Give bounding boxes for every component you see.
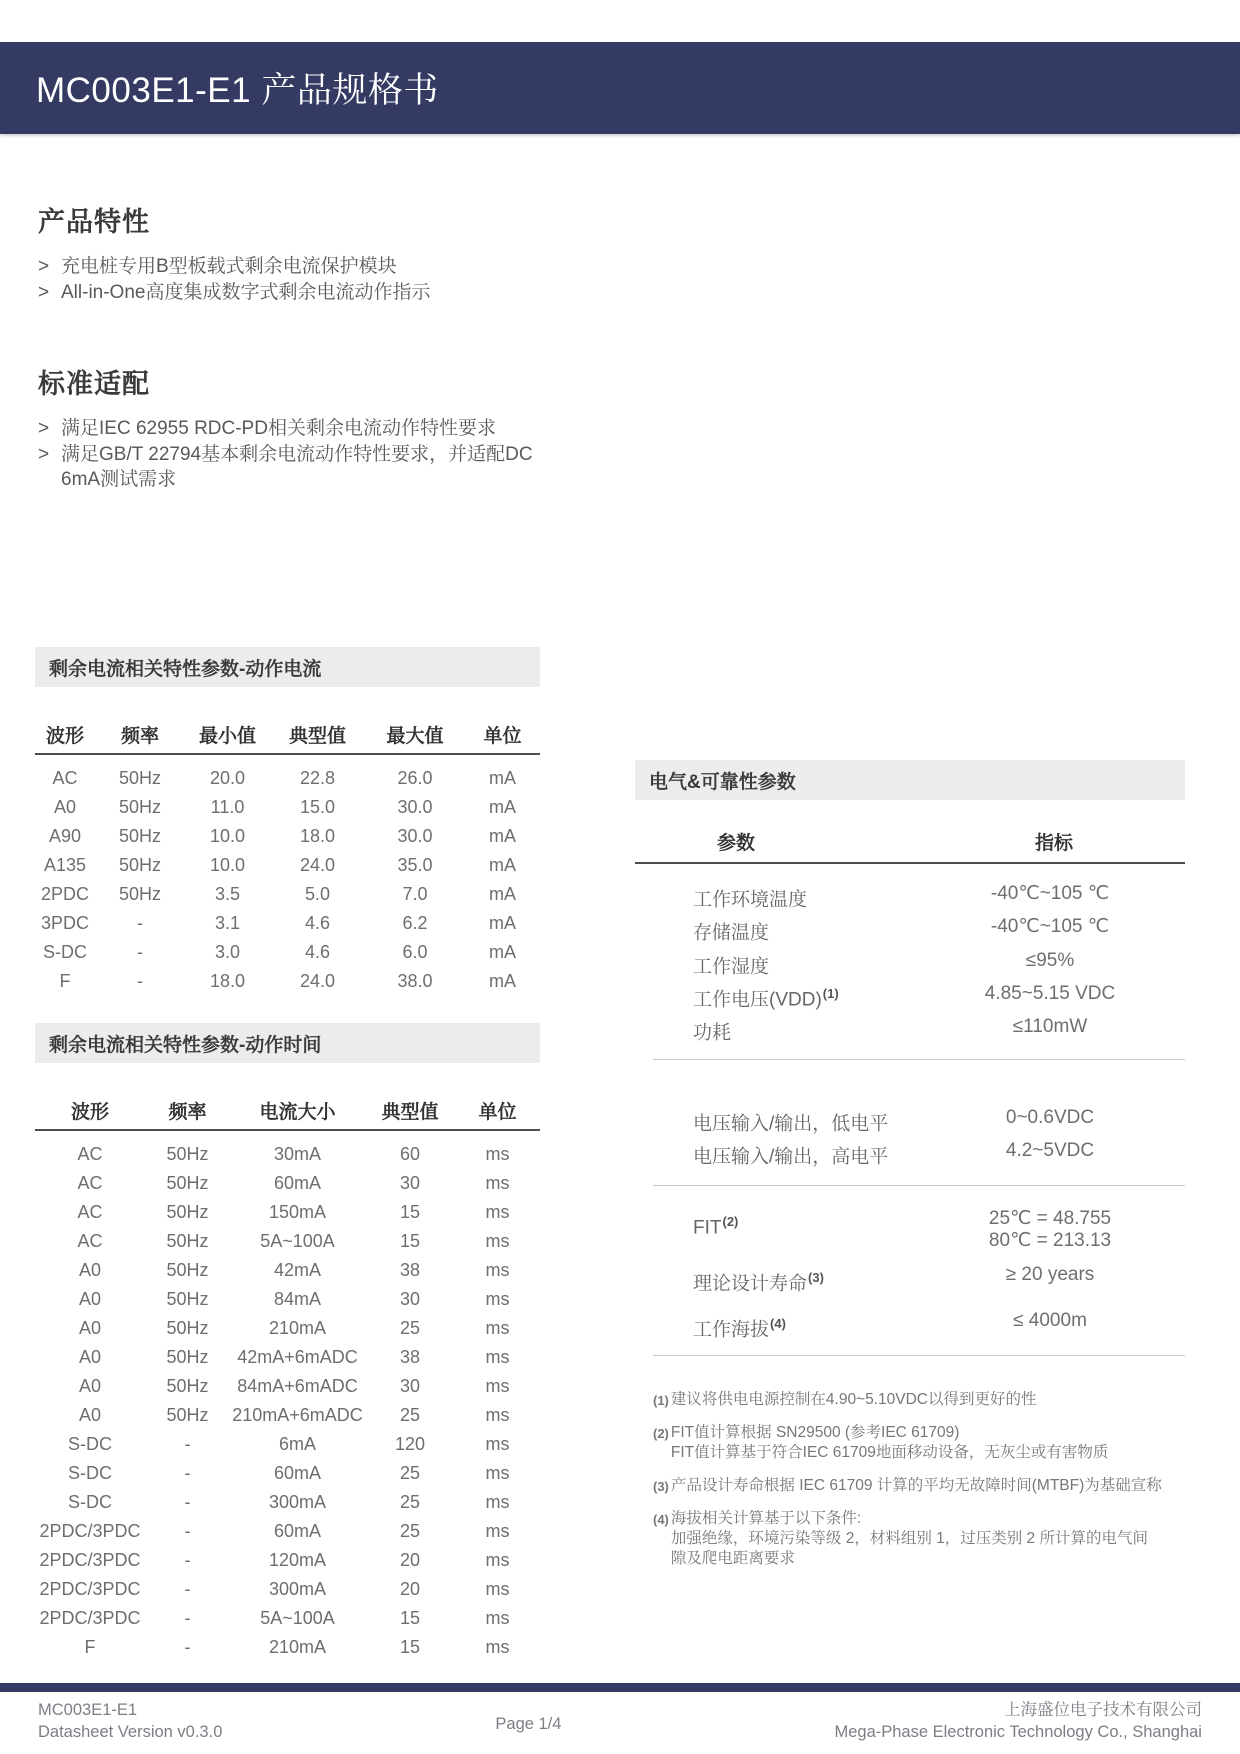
column-header-spec: 指标 [1035, 828, 1073, 862]
cell-frequency: - [145, 1463, 230, 1484]
cell-unit: ms [455, 1579, 540, 1600]
cell-unit: ms [455, 1637, 540, 1658]
table-row: AC 50Hz 60mA 30 ms [35, 1169, 540, 1198]
cell-frequency: 50Hz [145, 1376, 230, 1397]
cell-typical: 38 [365, 1260, 455, 1281]
cell-current: 5A~100A [230, 1608, 365, 1629]
operating-time-title-bar: 剩余电流相关特性参数-动作时间 [35, 1023, 540, 1063]
footnote-number: (1) [653, 1390, 669, 1410]
spec-label: 存储温度 [635, 913, 770, 946]
footnote-text: 建议将供电电源控制在4.90~5.10VDC以得到更好的性 [671, 1390, 1037, 1410]
cell-unit: ms [455, 1434, 540, 1455]
spec-row: 工作湿度 ≤95% [635, 947, 1185, 980]
table-row: A0 50Hz 42mA 38 ms [35, 1256, 540, 1285]
cell-min: 3.0 [185, 942, 270, 963]
cell-frequency: - [95, 942, 185, 963]
spec-label: 功耗 [635, 1013, 732, 1046]
column-header: 典型值 [365, 1097, 455, 1124]
cell-typical: 20 [365, 1550, 455, 1571]
cell-unit: mA [465, 826, 540, 847]
bullet-marker: > [38, 442, 61, 493]
cell-typical: 24.0 [270, 855, 365, 876]
footnote-ref: (4) [770, 1316, 786, 1331]
table-row: AC 50Hz 30mA 60 ms [35, 1140, 540, 1169]
operating-time-table: 剩余电流相关特性参数-动作时间 波形频率电流大小典型值单位 AC 50Hz 30… [35, 1023, 540, 1662]
table-row: S-DC - 6mA 120 ms [35, 1430, 540, 1459]
operating-current-title-bar: 剩余电流相关特性参数-动作电流 [35, 647, 540, 687]
cell-frequency: - [145, 1637, 230, 1658]
cell-current: 60mA [230, 1173, 365, 1194]
cell-waveform: A135 [35, 855, 95, 876]
footnote: (2) FIT值计算根据 SN29500 (参考IEC 61709) FIT值计… [653, 1423, 1185, 1463]
standard-item: > 满足GB/T 22794基本剩余电流动作特性要求，并适配DC 6mA测试需求 [38, 442, 533, 493]
cell-waveform: A90 [35, 826, 95, 847]
spec-label: 工作湿度 [635, 947, 770, 980]
spec-label: 电压输入/输出，低电平 [635, 1104, 889, 1137]
cell-waveform: AC [35, 1231, 145, 1252]
cell-min: 20.0 [185, 768, 270, 789]
cell-frequency: 50Hz [145, 1405, 230, 1426]
cell-unit: ms [455, 1405, 540, 1426]
footnote-text: FIT值计算根据 SN29500 (参考IEC 61709) FIT值计算基于符… [671, 1423, 1109, 1463]
spec-label: FIT(2) [635, 1208, 738, 1241]
section-divider [653, 1355, 1185, 1356]
cell-frequency: 50Hz [95, 884, 185, 905]
cell-typical: 4.6 [270, 942, 365, 963]
spec-label: 理论设计寿命(3) [635, 1264, 824, 1297]
cell-current: 42mA [230, 1260, 365, 1281]
spec-label: 工作环境温度 [635, 880, 808, 913]
cell-unit: mA [465, 913, 540, 934]
spec-row: 电压输入/输出，高电平 4.2~5VDC [635, 1137, 1185, 1170]
footer-version: Datasheet Version v0.3.0 [38, 1721, 222, 1743]
footnotes: (1) 建议将供电电源控制在4.90~5.10VDC以得到更好的性 (2) FI… [635, 1390, 1185, 1569]
cell-waveform: AC [35, 1144, 145, 1165]
cell-max: 6.2 [365, 913, 465, 934]
cell-current: 42mA+6mADC [230, 1347, 365, 1368]
footnote-number: (2) [653, 1423, 669, 1463]
spec-row: 理论设计寿命(3) ≥ 20 years [635, 1264, 1185, 1297]
electrical-section-reliability: FIT(2) 25℃ = 48.75580℃ = 213.13 理论设计寿命(3… [635, 1208, 1185, 1343]
table-row: A0 50Hz 210mA 25 ms [35, 1314, 540, 1343]
cell-unit: ms [455, 1347, 540, 1368]
cell-current: 210mA [230, 1637, 365, 1658]
cell-waveform: 2PDC/3PDC [35, 1550, 145, 1571]
table-title: 剩余电流相关特性参数-动作电流 [49, 654, 321, 681]
cell-typical: 25 [365, 1318, 455, 1339]
table-row: AC 50Hz 5A~100A 15 ms [35, 1227, 540, 1256]
electrical-header-row: 参数 指标 [635, 824, 1185, 864]
footnote-number: (3) [653, 1476, 669, 1496]
cell-waveform: A0 [35, 1260, 145, 1281]
cell-waveform: S-DC [35, 942, 95, 963]
cell-waveform: A0 [35, 1318, 145, 1339]
cell-max: 38.0 [365, 971, 465, 992]
table-row: F - 18.0 24.0 38.0 mA [35, 967, 540, 996]
spec-value: 25℃ = 48.75580℃ = 213.13 [915, 1208, 1185, 1252]
spec-row: 工作海拔(4) ≤ 4000m [635, 1310, 1185, 1343]
bullet-marker: > [38, 254, 61, 280]
table-body: AC 50Hz 30mA 60 ms AC 50Hz 60mA 30 ms AC… [35, 1131, 540, 1662]
cell-unit: ms [455, 1144, 540, 1165]
electrical-reliability-panel: 电气&可靠性参数 参数 指标 工作环境温度 -40℃~105 ℃ 存储温度 -4… [635, 760, 1185, 1582]
table-row: AC 50Hz 150mA 15 ms [35, 1198, 540, 1227]
cell-waveform: S-DC [35, 1492, 145, 1513]
cell-waveform: AC [35, 768, 95, 789]
spec-value: ≤ 4000m [915, 1310, 1185, 1332]
cell-frequency: - [95, 971, 185, 992]
cell-min: 10.0 [185, 826, 270, 847]
table-row: S-DC - 300mA 25 ms [35, 1488, 540, 1517]
feature-text: 充电桩专用B型板载式剩余电流保护模块 [61, 254, 397, 280]
spec-value: ≤95% [915, 947, 1185, 974]
cell-waveform: A0 [35, 1376, 145, 1397]
bullet-marker: > [38, 280, 61, 306]
cell-unit: ms [455, 1318, 540, 1339]
cell-unit: ms [455, 1260, 540, 1281]
feature-item: > 充电桩专用B型板载式剩余电流保护模块 [38, 254, 430, 280]
column-header: 典型值 [270, 721, 365, 748]
footer-page-number: Page 1/4 [495, 1709, 561, 1734]
table-title: 剩余电流相关特性参数-动作时间 [49, 1030, 321, 1057]
footnote-ref: (1) [823, 986, 839, 1001]
table-title: 电气&可靠性参数 [649, 767, 796, 794]
cell-current: 6mA [230, 1434, 365, 1455]
cell-frequency: - [145, 1492, 230, 1513]
cell-typical: 18.0 [270, 826, 365, 847]
section-divider [653, 1185, 1185, 1186]
page-header: MC003E1-E1 产品规格书 [0, 42, 1240, 134]
spec-row: 工作电压(VDD)(1) 4.85~5.15 VDC [635, 980, 1185, 1013]
cell-current: 30mA [230, 1144, 365, 1165]
operating-current-table: 剩余电流相关特性参数-动作电流 波形频率最小值典型值最大值单位 AC 50Hz … [35, 647, 540, 996]
cell-typical: 120 [365, 1434, 455, 1455]
table-row: A135 50Hz 10.0 24.0 35.0 mA [35, 851, 540, 880]
column-header: 频率 [145, 1097, 230, 1124]
cell-frequency: 50Hz [145, 1289, 230, 1310]
footer-right: 上海盛位电子技术有限公司 Mega-Phase Electronic Techn… [834, 1699, 1202, 1743]
cell-unit: ms [455, 1550, 540, 1571]
feature-text: All-in-One高度集成数字式剩余电流动作指示 [61, 280, 430, 306]
features-section: 产品特性 > 充电桩专用B型板载式剩余电流保护模块 > All-in-One高度… [38, 200, 430, 305]
electrical-section-voltage-levels: 电压输入/输出，低电平 0~0.6VDC 电压输入/输出，高电平 4.2~5VD… [635, 1104, 1185, 1171]
table-row: 2PDC/3PDC - 60mA 25 ms [35, 1517, 540, 1546]
cell-unit: mA [465, 797, 540, 818]
cell-typical: 25 [365, 1521, 455, 1542]
cell-waveform: 2PDC/3PDC [35, 1521, 145, 1542]
cell-current: 84mA [230, 1289, 365, 1310]
table-row: A90 50Hz 10.0 18.0 30.0 mA [35, 822, 540, 851]
table-row: S-DC - 60mA 25 ms [35, 1459, 540, 1488]
column-header: 单位 [455, 1097, 540, 1124]
column-header-param: 参数 [717, 828, 755, 862]
page-title: MC003E1-E1 产品规格书 [0, 63, 439, 113]
column-header: 电流大小 [230, 1097, 365, 1124]
cell-current: 300mA [230, 1579, 365, 1600]
table-row: 2PDC 50Hz 3.5 5.0 7.0 mA [35, 880, 540, 909]
table-row: 2PDC/3PDC - 5A~100A 15 ms [35, 1604, 540, 1633]
cell-current: 120mA [230, 1550, 365, 1571]
cell-frequency: - [145, 1521, 230, 1542]
cell-unit: ms [455, 1463, 540, 1484]
section-divider [653, 1059, 1185, 1060]
footnote-number: (4) [653, 1509, 669, 1569]
cell-frequency: - [95, 913, 185, 934]
table-body: AC 50Hz 20.0 22.8 26.0 mA A0 50Hz 11.0 1… [35, 755, 540, 996]
cell-current: 210mA [230, 1318, 365, 1339]
column-header: 最小值 [185, 721, 270, 748]
cell-min: 3.5 [185, 884, 270, 905]
cell-frequency: 50Hz [145, 1231, 230, 1252]
cell-typical: 5.0 [270, 884, 365, 905]
cell-frequency: 50Hz [145, 1260, 230, 1281]
cell-min: 11.0 [185, 797, 270, 818]
cell-typical: 15 [365, 1202, 455, 1223]
cell-max: 6.0 [365, 942, 465, 963]
electrical-title-bar: 电气&可靠性参数 [635, 760, 1185, 800]
cell-frequency: 50Hz [95, 855, 185, 876]
cell-unit: mA [465, 884, 540, 905]
spec-value: 0~0.6VDC [915, 1104, 1185, 1131]
cell-frequency: 50Hz [145, 1347, 230, 1368]
footer-company-cn: 上海盛位电子技术有限公司 [834, 1699, 1202, 1721]
cell-max: 30.0 [365, 797, 465, 818]
cell-current: 60mA [230, 1521, 365, 1542]
cell-unit: ms [455, 1608, 540, 1629]
cell-current: 5A~100A [230, 1231, 365, 1252]
cell-waveform: 2PDC [35, 884, 95, 905]
cell-typical: 20 [365, 1579, 455, 1600]
spec-value: ≤110mW [915, 1013, 1185, 1040]
feature-item: > All-in-One高度集成数字式剩余电流动作指示 [38, 280, 430, 306]
footnote-ref: (2) [723, 1214, 739, 1229]
cell-waveform: A0 [35, 1347, 145, 1368]
cell-typical: 15.0 [270, 797, 365, 818]
spec-label: 电压输入/输出，高电平 [635, 1137, 889, 1170]
table-row: 3PDC - 3.1 4.6 6.2 mA [35, 909, 540, 938]
cell-unit: ms [455, 1173, 540, 1194]
cell-current: 60mA [230, 1463, 365, 1484]
spec-row: FIT(2) 25℃ = 48.75580℃ = 213.13 [635, 1208, 1185, 1252]
cell-min: 18.0 [185, 971, 270, 992]
bullet-marker: > [38, 416, 61, 442]
cell-unit: ms [455, 1289, 540, 1310]
footnote-text: 海拔相关计算基于以下条件: 加强绝缘，环境污染等级 2，材料组别 1，过压类别 … [671, 1509, 1148, 1569]
cell-typical: 4.6 [270, 913, 365, 934]
standards-heading: 标准适配 [38, 362, 533, 401]
footer-product: MC003E1-E1 [38, 1699, 222, 1721]
table-row: S-DC - 3.0 4.6 6.0 mA [35, 938, 540, 967]
table-header-row: 波形频率电流大小典型值单位 [35, 1091, 540, 1131]
spec-label: 工作电压(VDD)(1) [635, 980, 839, 1013]
electrical-section-environment: 工作环境温度 -40℃~105 ℃ 存储温度 -40℃~105 ℃ 工作湿度 ≤… [635, 880, 1185, 1047]
cell-unit: ms [455, 1231, 540, 1252]
column-header: 波形 [35, 721, 95, 748]
cell-typical: 38 [365, 1347, 455, 1368]
cell-typical: 25 [365, 1492, 455, 1513]
cell-max: 26.0 [365, 768, 465, 789]
cell-unit: mA [465, 855, 540, 876]
cell-frequency: 50Hz [95, 826, 185, 847]
standard-item: > 满足IEC 62955 RDC-PD相关剩余电流动作特性要求 [38, 416, 533, 442]
footer-divider-bar [0, 1683, 1240, 1692]
footnote: (3) 产品设计寿命根据 IEC 61709 计算的平均无故障时间(MTBF)为… [653, 1476, 1185, 1496]
column-header: 单位 [465, 721, 540, 748]
cell-frequency: 50Hz [145, 1202, 230, 1223]
table-row: A0 50Hz 84mA+6mADC 30 ms [35, 1372, 540, 1401]
cell-typical: 25 [365, 1463, 455, 1484]
spec-label: 工作海拔(4) [635, 1310, 786, 1343]
cell-current: 150mA [230, 1202, 365, 1223]
cell-frequency: 50Hz [95, 797, 185, 818]
footnote: (1) 建议将供电电源控制在4.90~5.10VDC以得到更好的性 [653, 1390, 1185, 1410]
cell-waveform: F [35, 971, 95, 992]
spec-row: 功耗 ≤110mW [635, 1013, 1185, 1046]
spec-value: 4.2~5VDC [915, 1137, 1185, 1164]
cell-waveform: 2PDC/3PDC [35, 1608, 145, 1629]
cell-waveform: A0 [35, 797, 95, 818]
table-row: A0 50Hz 84mA 30 ms [35, 1285, 540, 1314]
column-header: 频率 [95, 721, 185, 748]
cell-unit: mA [465, 971, 540, 992]
cell-max: 7.0 [365, 884, 465, 905]
table-row: AC 50Hz 20.0 22.8 26.0 mA [35, 764, 540, 793]
spec-row: 工作环境温度 -40℃~105 ℃ [635, 880, 1185, 913]
cell-current: 84mA+6mADC [230, 1376, 365, 1397]
cell-frequency: 50Hz [145, 1173, 230, 1194]
column-header: 波形 [35, 1097, 145, 1124]
column-header: 最大值 [365, 721, 465, 748]
spec-value: 4.85~5.15 VDC [915, 980, 1185, 1007]
spec-value: -40℃~105 ℃ [915, 913, 1185, 940]
cell-typical: 24.0 [270, 971, 365, 992]
cell-frequency: - [145, 1608, 230, 1629]
cell-current: 210mA+6mADC [230, 1405, 365, 1426]
cell-typical: 25 [365, 1405, 455, 1426]
table-row: F - 210mA 15 ms [35, 1633, 540, 1662]
cell-unit: ms [455, 1202, 540, 1223]
page-footer: MC003E1-E1 Datasheet Version v0.3.0 Page… [0, 1694, 1240, 1743]
cell-frequency: - [145, 1434, 230, 1455]
cell-typical: 30 [365, 1289, 455, 1310]
cell-waveform: S-DC [35, 1434, 145, 1455]
spec-value: -40℃~105 ℃ [915, 880, 1185, 907]
cell-unit: mA [465, 768, 540, 789]
footnote: (4) 海拔相关计算基于以下条件: 加强绝缘，环境污染等级 2，材料组别 1，过… [653, 1509, 1185, 1569]
spec-row: 电压输入/输出，低电平 0~0.6VDC [635, 1104, 1185, 1137]
cell-typical: 60 [365, 1144, 455, 1165]
cell-current: 300mA [230, 1492, 365, 1513]
spec-value: ≥ 20 years [915, 1264, 1185, 1286]
standard-text: 满足GB/T 22794基本剩余电流动作特性要求，并适配DC 6mA测试需求 [61, 442, 533, 493]
cell-frequency: 50Hz [95, 768, 185, 789]
standards-section: 标准适配 > 满足IEC 62955 RDC-PD相关剩余电流动作特性要求 > … [38, 362, 533, 493]
cell-waveform: 2PDC/3PDC [35, 1579, 145, 1600]
cell-waveform: 3PDC [35, 913, 95, 934]
cell-typical: 15 [365, 1231, 455, 1252]
footer-company-en: Mega-Phase Electronic Technology Co., Sh… [834, 1721, 1202, 1743]
table-row: A0 50Hz 11.0 15.0 30.0 mA [35, 793, 540, 822]
cell-typical: 15 [365, 1637, 455, 1658]
cell-waveform: S-DC [35, 1463, 145, 1484]
spec-row: 存储温度 -40℃~105 ℃ [635, 913, 1185, 946]
cell-frequency: 50Hz [145, 1318, 230, 1339]
cell-unit: ms [455, 1376, 540, 1397]
cell-typical: 15 [365, 1608, 455, 1629]
features-heading: 产品特性 [38, 200, 430, 239]
cell-max: 30.0 [365, 826, 465, 847]
cell-typical: 30 [365, 1376, 455, 1397]
cell-typical: 22.8 [270, 768, 365, 789]
table-header-row: 波形频率最小值典型值最大值单位 [35, 715, 540, 755]
cell-frequency: - [145, 1579, 230, 1600]
standard-text: 满足IEC 62955 RDC-PD相关剩余电流动作特性要求 [61, 416, 496, 442]
table-row: A0 50Hz 210mA+6mADC 25 ms [35, 1401, 540, 1430]
cell-waveform: A0 [35, 1405, 145, 1426]
cell-unit: ms [455, 1521, 540, 1542]
cell-unit: ms [455, 1492, 540, 1513]
cell-frequency: - [145, 1550, 230, 1571]
cell-waveform: AC [35, 1173, 145, 1194]
table-row: 2PDC/3PDC - 300mA 20 ms [35, 1575, 540, 1604]
datasheet-page: MC003E1-E1 产品规格书 产品特性 > 充电桩专用B型板载式剩余电流保护… [0, 0, 1240, 1754]
cell-unit: mA [465, 942, 540, 963]
cell-max: 35.0 [365, 855, 465, 876]
footnote-ref: (3) [808, 1270, 824, 1285]
cell-waveform: F [35, 1637, 145, 1658]
footnote-text: 产品设计寿命根据 IEC 61709 计算的平均无故障时间(MTBF)为基础宣称 [671, 1476, 1162, 1496]
cell-min: 10.0 [185, 855, 270, 876]
cell-typical: 30 [365, 1173, 455, 1194]
table-row: 2PDC/3PDC - 120mA 20 ms [35, 1546, 540, 1575]
cell-min: 3.1 [185, 913, 270, 934]
cell-waveform: AC [35, 1202, 145, 1223]
footer-left: MC003E1-E1 Datasheet Version v0.3.0 [38, 1699, 222, 1743]
cell-waveform: A0 [35, 1289, 145, 1310]
table-row: A0 50Hz 42mA+6mADC 38 ms [35, 1343, 540, 1372]
cell-frequency: 50Hz [145, 1144, 230, 1165]
